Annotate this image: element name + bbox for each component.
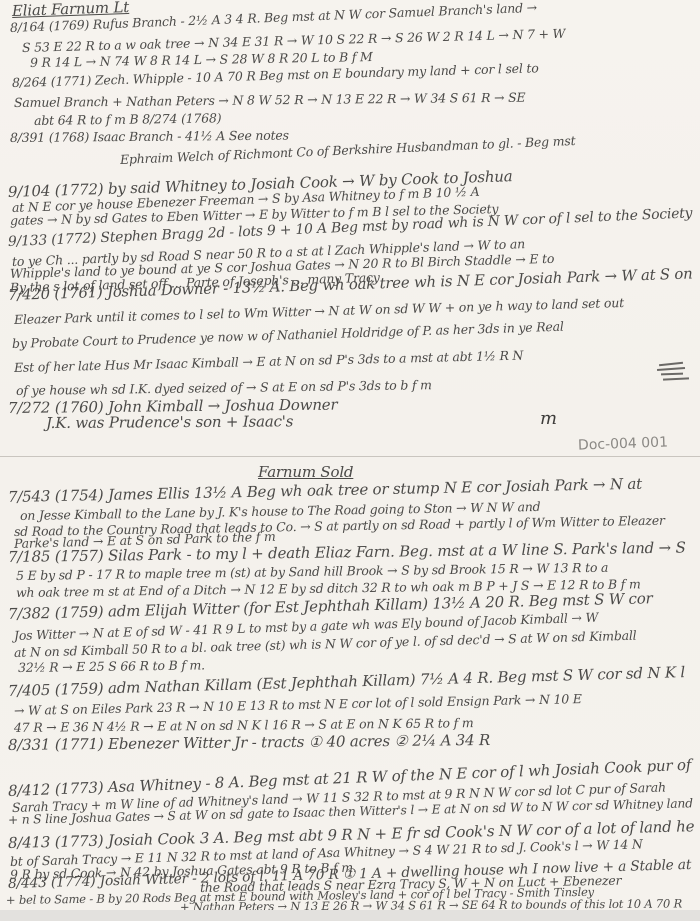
page-fold-divider	[0, 456, 700, 457]
text-line: 8/331 (1771) Ebenezer Witter Jr - tracts…	[8, 731, 490, 754]
text-line: 32½ R → E 25 S 66 R to B f m.	[18, 657, 205, 675]
text-line: of ye house wh sd I.K. dyed seized of → …	[16, 377, 432, 398]
text-line: Est of her late Hus Mr Isaac Kimball → E…	[14, 348, 524, 375]
text-line: J.K. was Prudence's son + Isaac's	[46, 412, 293, 432]
text-line: abt 64 R to f m B 8/274 (1768)	[34, 110, 222, 128]
scribble-mark	[655, 360, 689, 382]
document-id: Doc-004 001	[578, 434, 669, 453]
bottom-heading: Farnum Sold	[258, 463, 353, 481]
scanned-handwritten-page: Eliat Farnum Lt 8/164 (1769) Rufus Branc…	[0, 0, 700, 910]
text-line: Samuel Branch + Nathan Peters → N 8 W 52…	[14, 90, 526, 110]
text-line: 8/391 (1768) Isaac Branch - 41½ A See no…	[10, 128, 289, 145]
scan-edge	[0, 910, 700, 921]
text-line: + Nathan Peters → N 13 E 26 R → W 34 S 6…	[180, 896, 682, 910]
margin-mark: m	[540, 408, 557, 429]
